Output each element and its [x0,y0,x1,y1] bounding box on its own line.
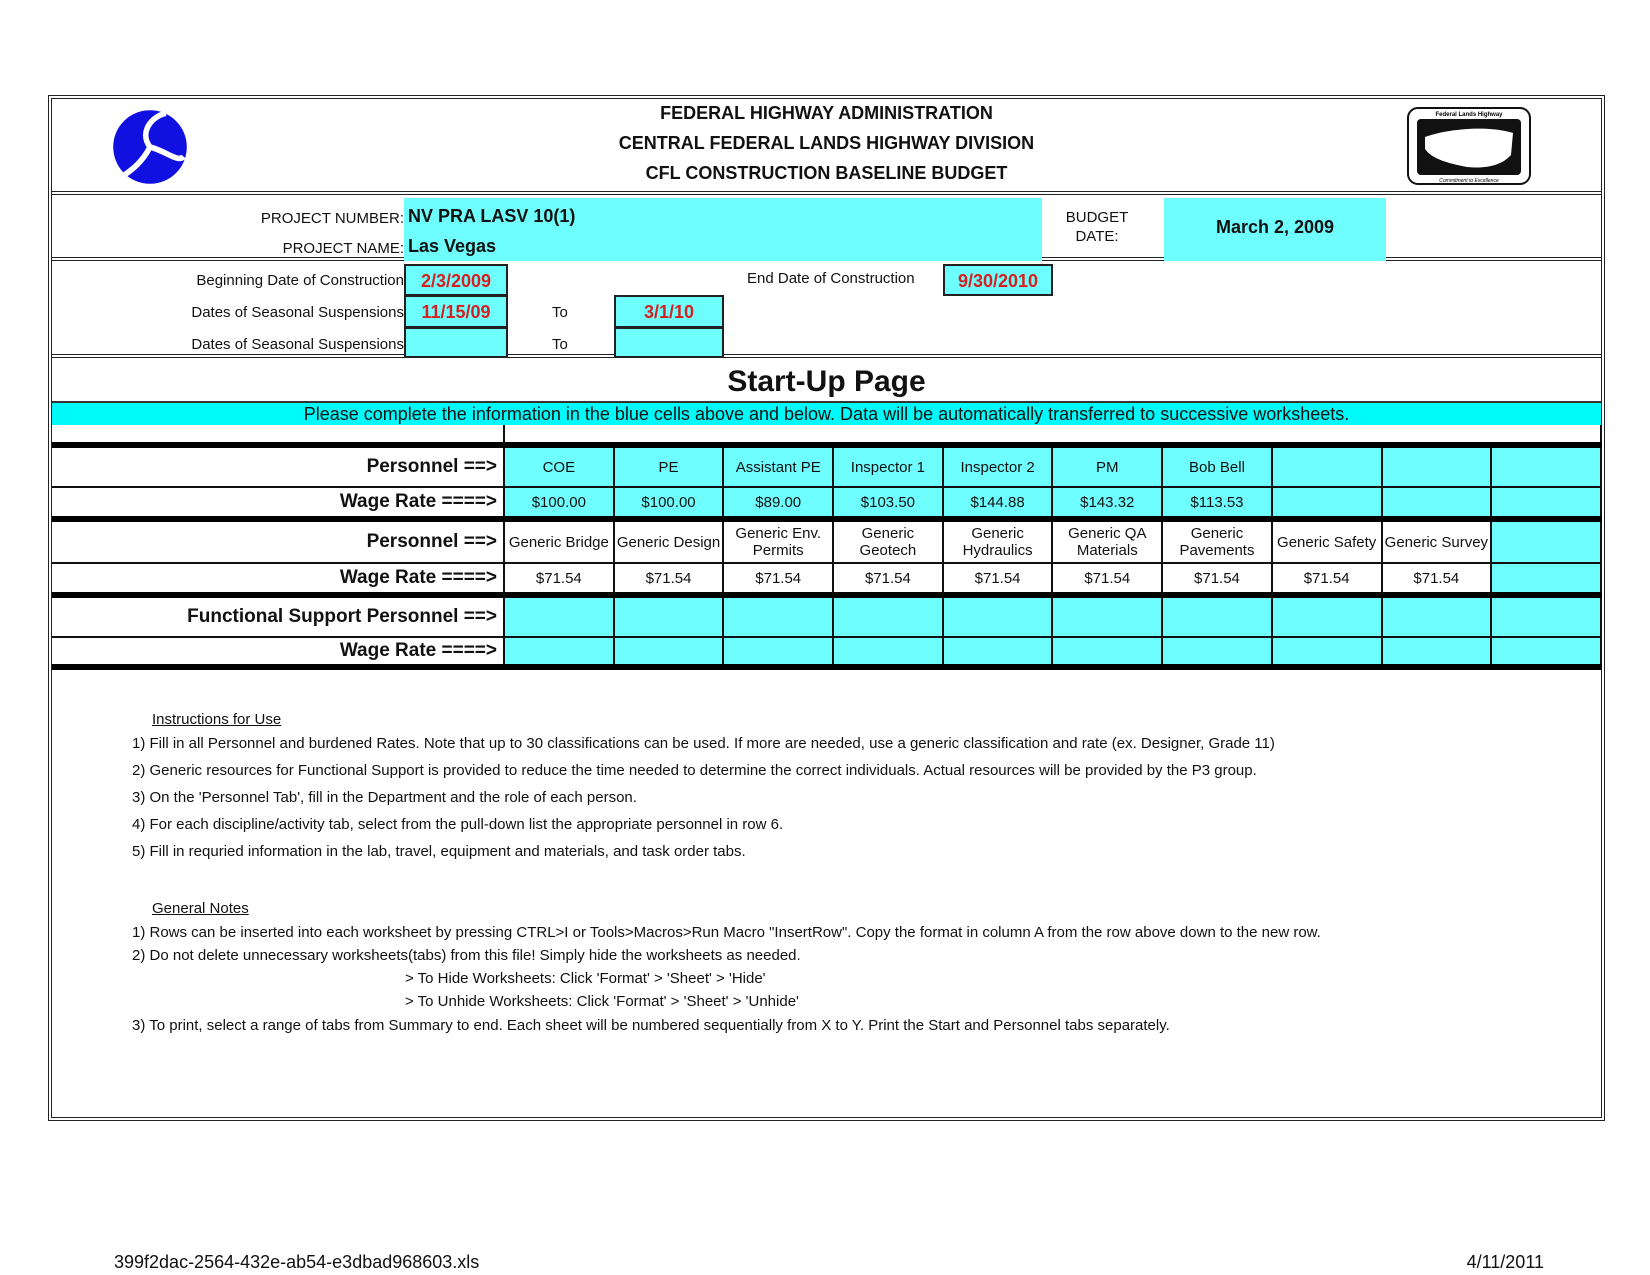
instruction-item: 2) Generic resources for Functional Supp… [132,762,1257,779]
wage-rate-cell[interactable]: $71.54 [504,563,614,595]
personnel-cell[interactable]: Generic Design [614,519,724,563]
personnel-cell[interactable]: Generic Pavements [1162,519,1272,563]
begin-date-input[interactable]: 2/3/2009 [404,264,508,296]
wage-rate-cell[interactable]: $71.54 [833,563,943,595]
wage-rate-cell[interactable] [723,637,833,667]
to-label-2: To [552,336,568,353]
project-name-label: PROJECT NAME: [283,240,404,257]
instructions-heading: Instructions for Use [152,711,281,728]
personnel-cell[interactable]: Generic Hydraulics [943,519,1053,563]
row-label: Wage Rate ====> [52,563,504,595]
personnel-cell[interactable] [833,595,943,637]
suspension-1-to-input[interactable]: 3/1/10 [614,295,724,328]
wage-rate-cell[interactable] [1382,487,1492,519]
grid-row: Wage Rate ====>$71.54$71.54$71.54$71.54$… [52,563,1601,595]
page-title: Start-Up Page [52,365,1601,399]
wage-rate-cell[interactable] [614,637,724,667]
suspension-1-from-input[interactable]: 11/15/09 [404,295,508,328]
begin-date-label: Beginning Date of Construction [196,272,404,289]
budget-date-value[interactable]: March 2, 2009 [1164,198,1386,261]
personnel-cell[interactable]: Generic Env. Permits [723,519,833,563]
personnel-cell[interactable]: Bob Bell [1162,445,1272,487]
wage-rate-cell[interactable]: $100.00 [504,487,614,519]
personnel-cell[interactable]: PE [614,445,724,487]
wage-rate-cell[interactable]: $71.54 [1052,563,1162,595]
suspension-2-label: Dates of Seasonal Suspensions [191,336,404,353]
personnel-cell[interactable] [504,595,614,637]
suspension-2-to-input[interactable] [614,327,724,358]
wage-rate-cell[interactable]: $100.00 [614,487,724,519]
budget-date-label: BUDGETDATE: [1052,208,1142,246]
note-item: 2) Do not delete unnecessary worksheets(… [132,947,801,964]
row-label: Wage Rate ====> [52,487,504,519]
personnel-cell[interactable] [943,595,1053,637]
end-date-input[interactable]: 9/30/2010 [943,264,1053,296]
row-label: Personnel ==> [52,445,504,487]
svg-text:Federal Lands Highway: Federal Lands Highway [1435,112,1503,118]
grid-row: Personnel ==>COEPEAssistant PEInspector … [52,445,1601,487]
personnel-cell[interactable]: Generic Safety [1272,519,1382,563]
spacer-cell [52,425,504,445]
wage-rate-cell[interactable]: $71.54 [1272,563,1382,595]
federal-lands-logo-icon: Federal Lands Highway Commitment to Exce… [1407,107,1531,185]
wage-rate-cell[interactable]: $113.53 [1162,487,1272,519]
spacer-cell [504,425,1601,445]
end-date-label: End Date of Construction [747,270,915,287]
instruction-banner: Please complete the information in the b… [52,401,1601,427]
personnel-cell[interactable] [723,595,833,637]
wage-rate-cell[interactable] [1272,487,1382,519]
personnel-cell[interactable] [1491,445,1601,487]
personnel-cell[interactable]: Generic Geotech [833,519,943,563]
wage-rate-cell[interactable] [1052,637,1162,667]
header-line-3: CFL CONSTRUCTION BASELINE BUDGET [52,163,1601,184]
wage-rate-cell[interactable] [1272,637,1382,667]
grid-row: Personnel ==>Generic BridgeGeneric Desig… [52,519,1601,563]
grid-row: Wage Rate ====>$100.00$100.00$89.00$103.… [52,487,1601,519]
personnel-cell[interactable] [1382,445,1492,487]
personnel-cell[interactable] [1272,595,1382,637]
to-label-1: To [552,304,568,321]
instruction-item: 5) Fill in requried information in the l… [132,843,746,860]
wage-rate-cell[interactable]: $71.54 [1162,563,1272,595]
wage-rate-cell[interactable]: $143.32 [1052,487,1162,519]
personnel-cell[interactable] [1491,519,1601,563]
personnel-cell[interactable]: COE [504,445,614,487]
wage-rate-cell[interactable] [943,637,1053,667]
personnel-cell[interactable]: PM [1052,445,1162,487]
personnel-cell[interactable] [1052,595,1162,637]
note-sub-hide: > To Hide Worksheets: Click 'Format' > '… [405,970,766,987]
row-label: Functional Support Personnel ==> [52,595,504,637]
personnel-cell[interactable]: Generic Survey [1382,519,1492,563]
personnel-cell[interactable] [1162,595,1272,637]
wage-rate-cell[interactable] [1491,487,1601,519]
project-number-value[interactable]: NV PRA LASV 10(1) [408,206,575,227]
instruction-item: 3) On the 'Personnel Tab', fill in the D… [132,789,637,806]
personnel-cell[interactable]: Generic Bridge [504,519,614,563]
personnel-cell[interactable] [1491,595,1601,637]
project-name-value[interactable]: Las Vegas [408,236,496,257]
wage-rate-cell[interactable] [1162,637,1272,667]
header-line-1: FEDERAL HIGHWAY ADMINISTRATION [52,103,1601,124]
wage-rate-cell[interactable]: $71.54 [1382,563,1492,595]
footer-date: 4/11/2011 [1467,1252,1544,1273]
row-label: Wage Rate ====> [52,637,504,667]
wage-rate-cell[interactable] [1491,563,1601,595]
wage-rate-cell[interactable]: $144.88 [943,487,1053,519]
project-number-label: PROJECT NUMBER: [261,210,404,227]
wage-rate-cell[interactable]: $103.50 [833,487,943,519]
personnel-cell[interactable]: Inspector 1 [833,445,943,487]
suspension-2-from-input[interactable] [404,327,508,358]
wage-rate-cell[interactable]: $71.54 [943,563,1053,595]
suspension-1-label: Dates of Seasonal Suspensions [191,304,404,321]
wage-rate-cell[interactable] [833,637,943,667]
footer-filename: 399f2dac-2564-432e-ab54-e3dbad968603.xls [114,1252,479,1273]
instruction-item: 4) For each discipline/activity tab, sel… [132,816,783,833]
header-line-2: CENTRAL FEDERAL LANDS HIGHWAY DIVISION [52,133,1601,154]
note-item: 3) To print, select a range of tabs from… [132,1017,1170,1034]
notes-heading: General Notes [152,900,249,917]
svg-text:Commitment to Excellence: Commitment to Excellence [1439,178,1499,184]
wage-rate-cell[interactable] [1491,637,1601,667]
wage-rate-cell[interactable]: $89.00 [723,487,833,519]
note-sub-unhide: > To Unhide Worksheets: Click 'Format' >… [405,993,799,1010]
instruction-item: 1) Fill in all Personnel and burdened Ra… [132,735,1275,752]
wage-rate-cell[interactable] [1382,637,1492,667]
wage-rate-cell[interactable]: $71.54 [723,563,833,595]
personnel-cell[interactable] [1272,445,1382,487]
project-info: PROJECT NUMBER: NV PRA LASV 10(1) PROJEC… [52,198,1601,261]
grid-row: Wage Rate ====> [52,637,1601,667]
wage-rate-cell[interactable]: $71.54 [614,563,724,595]
personnel-cell[interactable] [1382,595,1492,637]
personnel-cell[interactable]: Generic QA Materials [1052,519,1162,563]
start-up-section: Start-Up Page Please complete the inform… [52,361,1601,1117]
personnel-cell[interactable] [614,595,724,637]
wage-rate-cell[interactable] [504,637,614,667]
note-item: 1) Rows can be inserted into each worksh… [132,924,1321,941]
personnel-grid: Personnel ==>COEPEAssistant PEInspector … [52,425,1602,670]
construction-dates: Beginning Date of Construction 2/3/2009 … [52,264,1601,358]
header: FEDERAL HIGHWAY ADMINISTRATION CENTRAL F… [52,99,1601,195]
row-label: Personnel ==> [52,519,504,563]
grid-row: Functional Support Personnel ==> [52,595,1601,637]
personnel-cell[interactable]: Assistant PE [723,445,833,487]
personnel-cell[interactable]: Inspector 2 [943,445,1053,487]
